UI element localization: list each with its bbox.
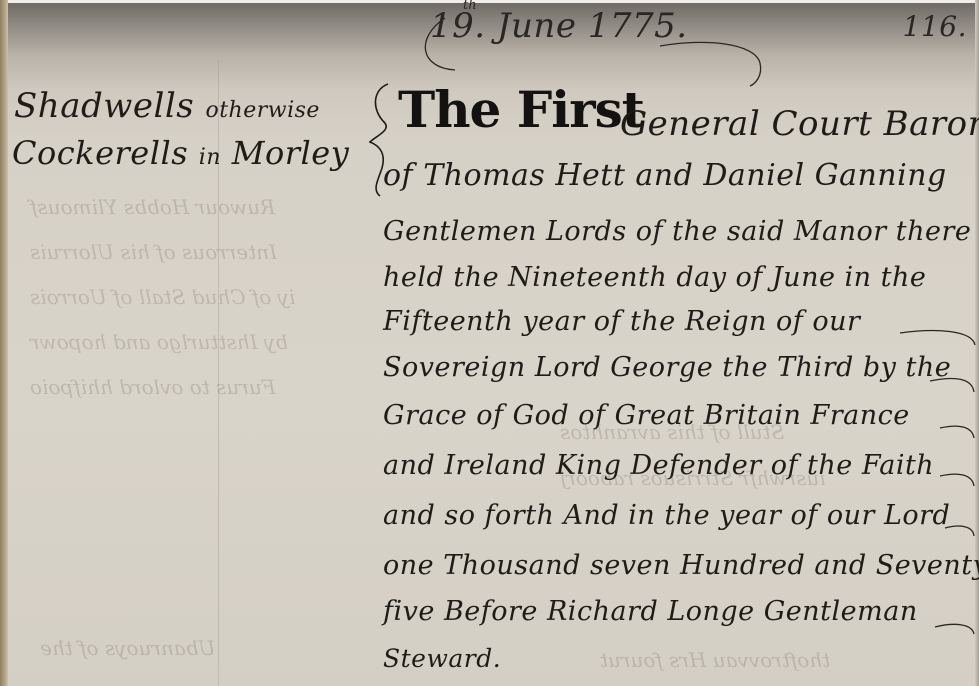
line-end-flourishes [0,0,979,686]
manuscript-page: Ruwour Hobbs Ylimousf Interrous of his U… [0,0,979,686]
